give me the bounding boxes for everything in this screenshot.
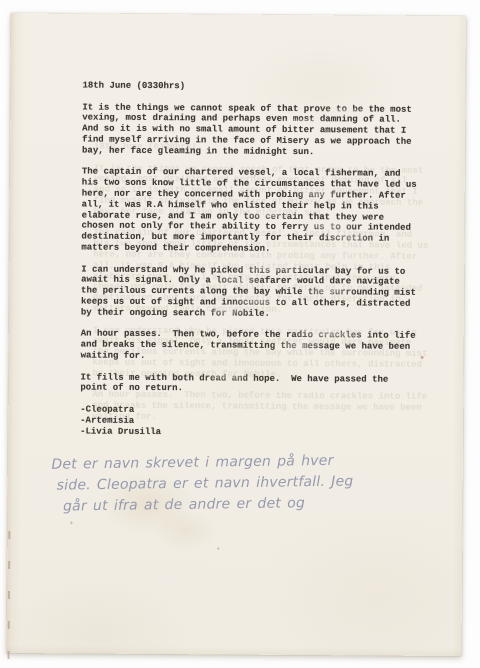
date-line: 18th June (0330hrs) <box>82 81 458 94</box>
paragraph-1: It is the things we cannot speak of that… <box>82 102 458 159</box>
paragraph-3: I can understand why he picked this part… <box>81 264 457 321</box>
binding-stitch-marks <box>7 531 10 663</box>
paragraph-5: It fills me with both dread and hope. We… <box>80 372 456 396</box>
typed-letter: 18th June (0330hrs) It is the things we … <box>80 81 458 440</box>
paragraph-4: An hour passes. Then two, before the rad… <box>81 329 457 364</box>
handwritten-note: Det er navn skrevet i margen på hver sid… <box>51 450 382 518</box>
paper-sheet: 18th June (0330hrs) It is the things we … <box>7 13 466 656</box>
paragraph-2: The captain of our chartered vessel, a l… <box>81 167 458 256</box>
paper-speck <box>217 547 219 549</box>
paper-speck <box>70 521 72 524</box>
scanned-document-photo: 18th June (0330hrs) It is the things we … <box>0 0 480 668</box>
signature-block: -Cleopatra -Artemisia -Livia Drusilla <box>80 404 456 439</box>
signature-livia-drusilla: -Livia Drusilla <box>80 426 456 439</box>
handwritten-line-3: går ut ifra at de andre er det og <box>63 492 382 517</box>
